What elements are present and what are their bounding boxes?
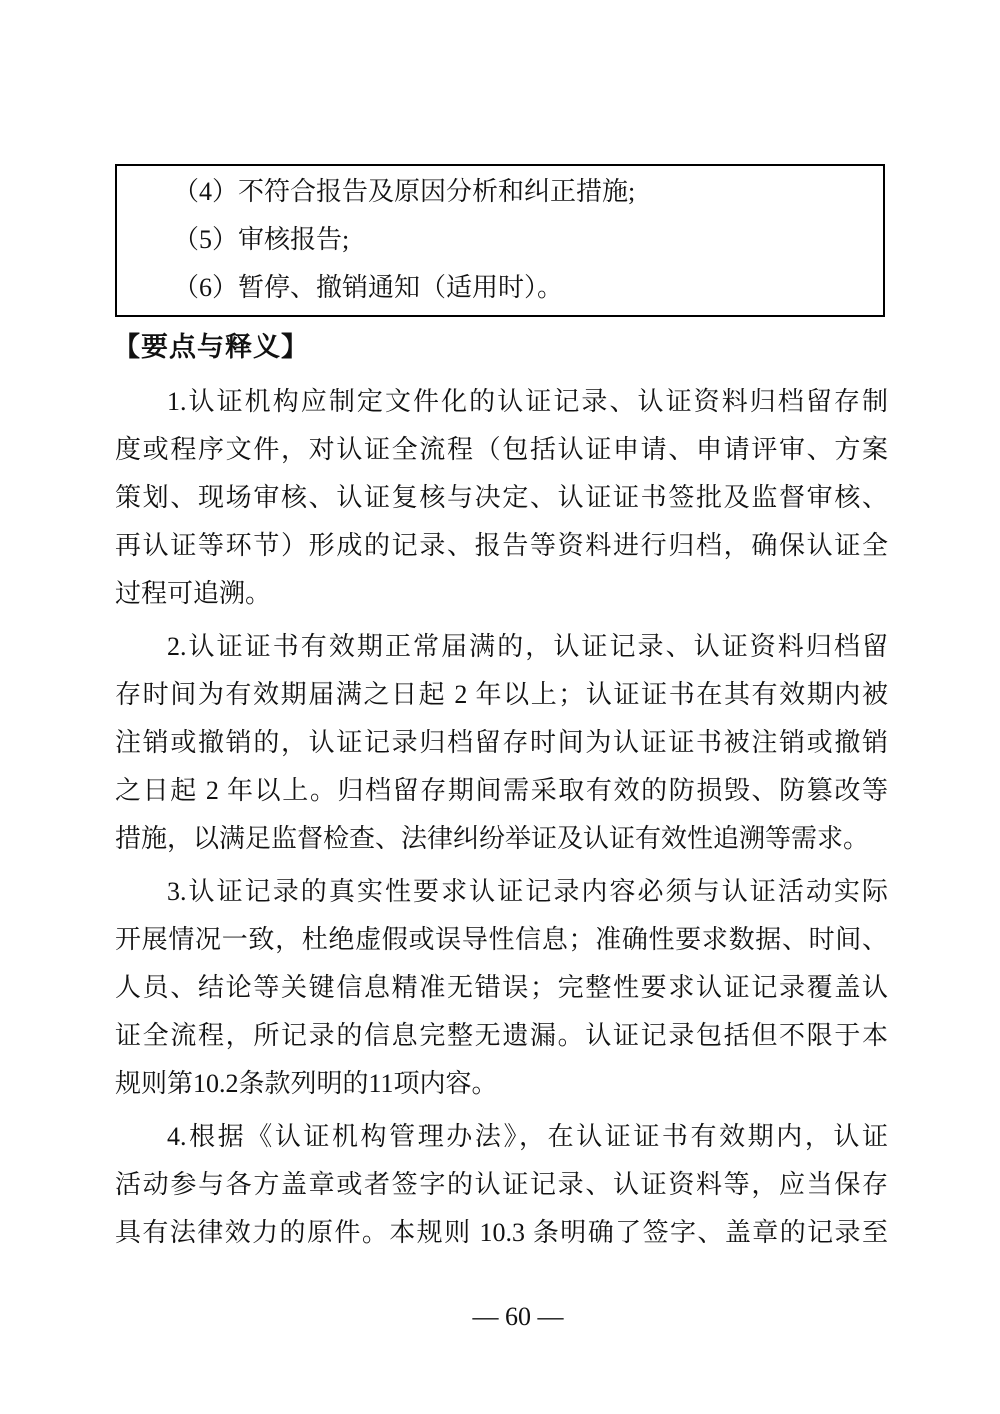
text-line: 再认证等环节）形成的记录、报告等资料进行归档，确保认证全 bbox=[115, 522, 888, 570]
text-line: 之日起 2 年以上。归档留存期间需采取有效的防损毁、防篡改等 bbox=[115, 767, 888, 815]
text-line: 存时间为有效期届满之日起 2 年以上；认证证书在其有效期内被 bbox=[115, 671, 888, 719]
text-line: 过程可追溯。 bbox=[115, 570, 888, 618]
text-line: 1.认证机构应制定文件化的认证记录、认证资料归档留存制 bbox=[115, 378, 888, 426]
text-line: 策划、现场审核、认证复核与决定、认证证书签批及监督审核、 bbox=[115, 474, 888, 522]
paragraph-1: 1.认证机构应制定文件化的认证记录、认证资料归档留存制 度或程序文件，对认证全流… bbox=[115, 378, 888, 618]
list-item-5: （5）审核报告; bbox=[173, 216, 875, 264]
text-line: 2.认证证书有效期正常届满的，认证记录、认证资料归档留 bbox=[115, 623, 888, 671]
list-item-4: （4）不符合报告及原因分析和纠正措施; bbox=[173, 168, 875, 216]
text-line: 证全流程，所记录的信息完整无遗漏。认证记录包括但不限于本 bbox=[115, 1012, 888, 1060]
text-line: 注销或撤销的，认证记录归档留存时间为认证证书被注销或撤销 bbox=[115, 719, 888, 767]
text-line: 措施，以满足监督检查、法律纠纷举证及认证有效性追溯等需求。 bbox=[115, 815, 888, 863]
text-line: 4.根据《认证机构管理办法》，在认证证书有效期内，认证 bbox=[115, 1113, 888, 1161]
page-number: — 60 — bbox=[18, 1300, 1000, 1334]
paragraph-4: 4.根据《认证机构管理办法》，在认证证书有效期内，认证 活动参与各方盖章或者签字… bbox=[115, 1113, 888, 1257]
body-text: 1.认证机构应制定文件化的认证记录、认证资料归档留存制 度或程序文件，对认证全流… bbox=[115, 378, 888, 1257]
text-line: 度或程序文件，对认证全流程（包括认证申请、申请评审、方案 bbox=[115, 426, 888, 474]
text-line: 开展情况一致，杜绝虚假或误导性信息；准确性要求数据、时间、 bbox=[115, 916, 888, 964]
text-line: 人员、结论等关键信息精准无错误；完整性要求认证记录覆盖认 bbox=[115, 964, 888, 1012]
text-line: 具有法律效力的原件。本规则 10.3 条明确了签字、盖章的记录至 bbox=[115, 1209, 888, 1257]
list-item-6: （6）暂停、撤销通知（适用时）。 bbox=[173, 264, 875, 312]
text-line: 活动参与各方盖章或者签字的认证记录、认证资料等，应当保存 bbox=[115, 1161, 888, 1209]
text-line: 规则第10.2条款列明的11项内容。 bbox=[115, 1060, 888, 1108]
document-page: （4）不符合报告及原因分析和纠正措施; （5）审核报告; （6）暂停、撤销通知（… bbox=[0, 0, 1000, 1414]
numbered-list-box: （4）不符合报告及原因分析和纠正措施; （5）审核报告; （6）暂停、撤销通知（… bbox=[115, 164, 885, 317]
section-heading: 【要点与释义】 bbox=[113, 330, 309, 364]
paragraph-3: 3.认证记录的真实性要求认证记录内容必须与认证活动实际 开展情况一致，杜绝虚假或… bbox=[115, 868, 888, 1108]
paragraph-2: 2.认证证书有效期正常届满的，认证记录、认证资料归档留 存时间为有效期届满之日起… bbox=[115, 623, 888, 863]
text-line: 3.认证记录的真实性要求认证记录内容必须与认证活动实际 bbox=[115, 868, 888, 916]
